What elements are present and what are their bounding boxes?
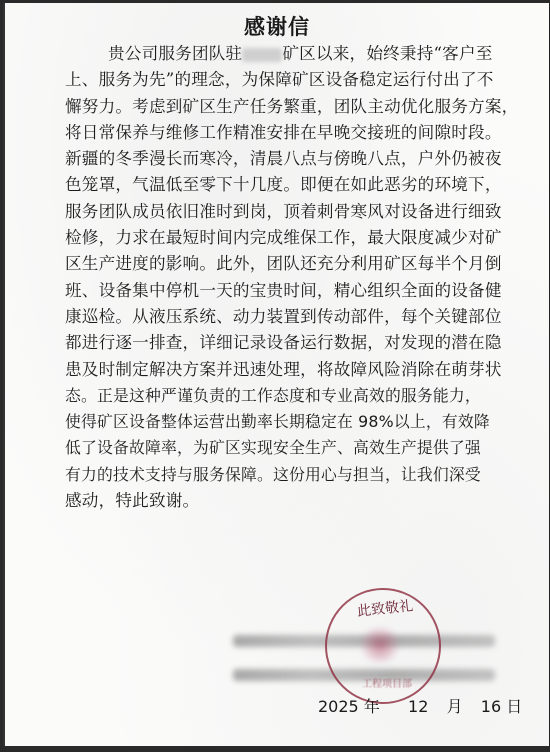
letter-page: 感谢信 贵公司服务团队驻矿区以来，始终秉持“客户至 上、服务为先”的理念，为保障… <box>3 3 550 746</box>
body-line-1: 贵公司服务团队驻矿区以来，始终秉持“客户至 <box>65 41 497 67</box>
body-line-4: 将日常保养与维修工作精准安排在早晚交接班的间隙时段。 <box>65 120 497 146</box>
body-line-16: 低了设备故障率，为矿区实现安全生产、高效生产提供了强 <box>65 435 497 461</box>
body-line-1-post: 矿区以来，始终秉持“客户至 <box>282 44 492 63</box>
body-line-9: 区生产进度的影响。此外，团队还充分利用矿区每半个月倒 <box>65 251 497 277</box>
body-line-12: 都进行逐一排查，详细记录设备运行数据，对发现的潜在隐 <box>65 330 497 356</box>
body-line-5: 新疆的冬季漫长而寒冷，清晨八点与傍晚八点，户外仍被夜 <box>65 146 497 172</box>
letter-body: 贵公司服务团队驻矿区以来，始终秉持“客户至 上、服务为先”的理念，为保障矿区设备… <box>65 41 497 514</box>
date-year: 2025 <box>318 697 359 716</box>
body-line-6: 色笼罩，气温低至零下十几度。即便在如此恶劣的环境下， <box>65 172 497 198</box>
seal-emblem <box>360 628 400 662</box>
date-day-unit: 日 <box>506 694 522 717</box>
body-line-7: 服务团队成员依旧准时到岗，顶着刺骨寒风对设备进行细致 <box>65 199 497 225</box>
letter-title: 感谢信 <box>5 11 549 41</box>
date-day: 16 <box>481 697 501 716</box>
body-line-18: 感动，特此致谢。 <box>65 488 497 514</box>
body-line-3: 懈努力。考虑到矿区生产任务繁重，团队主动优化服务方案， <box>65 94 497 120</box>
date-month-unit: 月 <box>447 694 463 717</box>
body-line-14: 态。正是这种严谨负责的工作态度和专业高效的服务能力， <box>65 383 497 409</box>
letter-date: 2025 年 12 月 16 日 <box>318 694 522 717</box>
seal-bottom-text: 工程项目部 <box>362 675 412 690</box>
body-line-13: 患及时制定解决方案并迅速处理，将故障风险消除在萌芽状 <box>65 357 497 383</box>
body-line-17: 有力的技术支持与服务保障。这份用心与担当，让我们深受 <box>65 462 497 488</box>
date-year-unit: 年 <box>364 694 380 717</box>
body-line-11: 康巡检。从液压系统、动力装置到传动部件，每个关键部位 <box>65 304 497 330</box>
body-line-1-pre: 贵公司服务团队驻 <box>108 44 242 63</box>
body-line-15: 使得矿区设备整体运营出勤率长期稳定在 98%以上，有效降 <box>65 409 497 435</box>
redacted-mine-name <box>242 48 282 62</box>
body-line-8: 检修，力求在最短时间内完成维保工作，最大限度减少对矿 <box>65 225 497 251</box>
date-month: 12 <box>408 697 428 716</box>
body-line-10: 班、设备集中停机一天的宝贵时间，精心组织全面的设备健 <box>65 278 497 304</box>
body-line-2: 上、服务为先”的理念，为保障矿区设备稳定运行付出了不 <box>65 67 497 93</box>
